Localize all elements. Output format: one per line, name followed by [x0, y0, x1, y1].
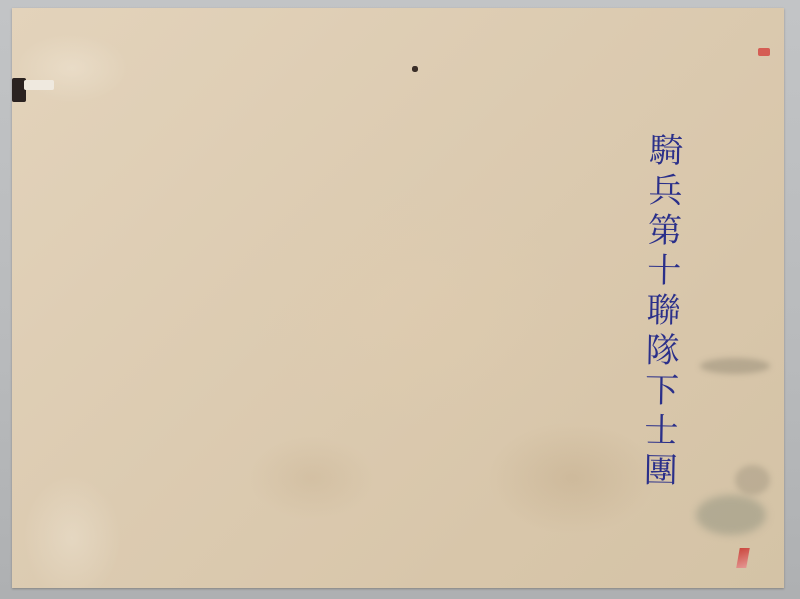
ink-spot [412, 66, 418, 72]
red-ink-mark [758, 48, 770, 56]
handwritten-inscription: 騎兵第十聯隊下士團 [637, 132, 683, 493]
photo-scene: 騎兵第十聯隊下士團 [0, 0, 800, 599]
torn-edge-paper [24, 80, 54, 90]
